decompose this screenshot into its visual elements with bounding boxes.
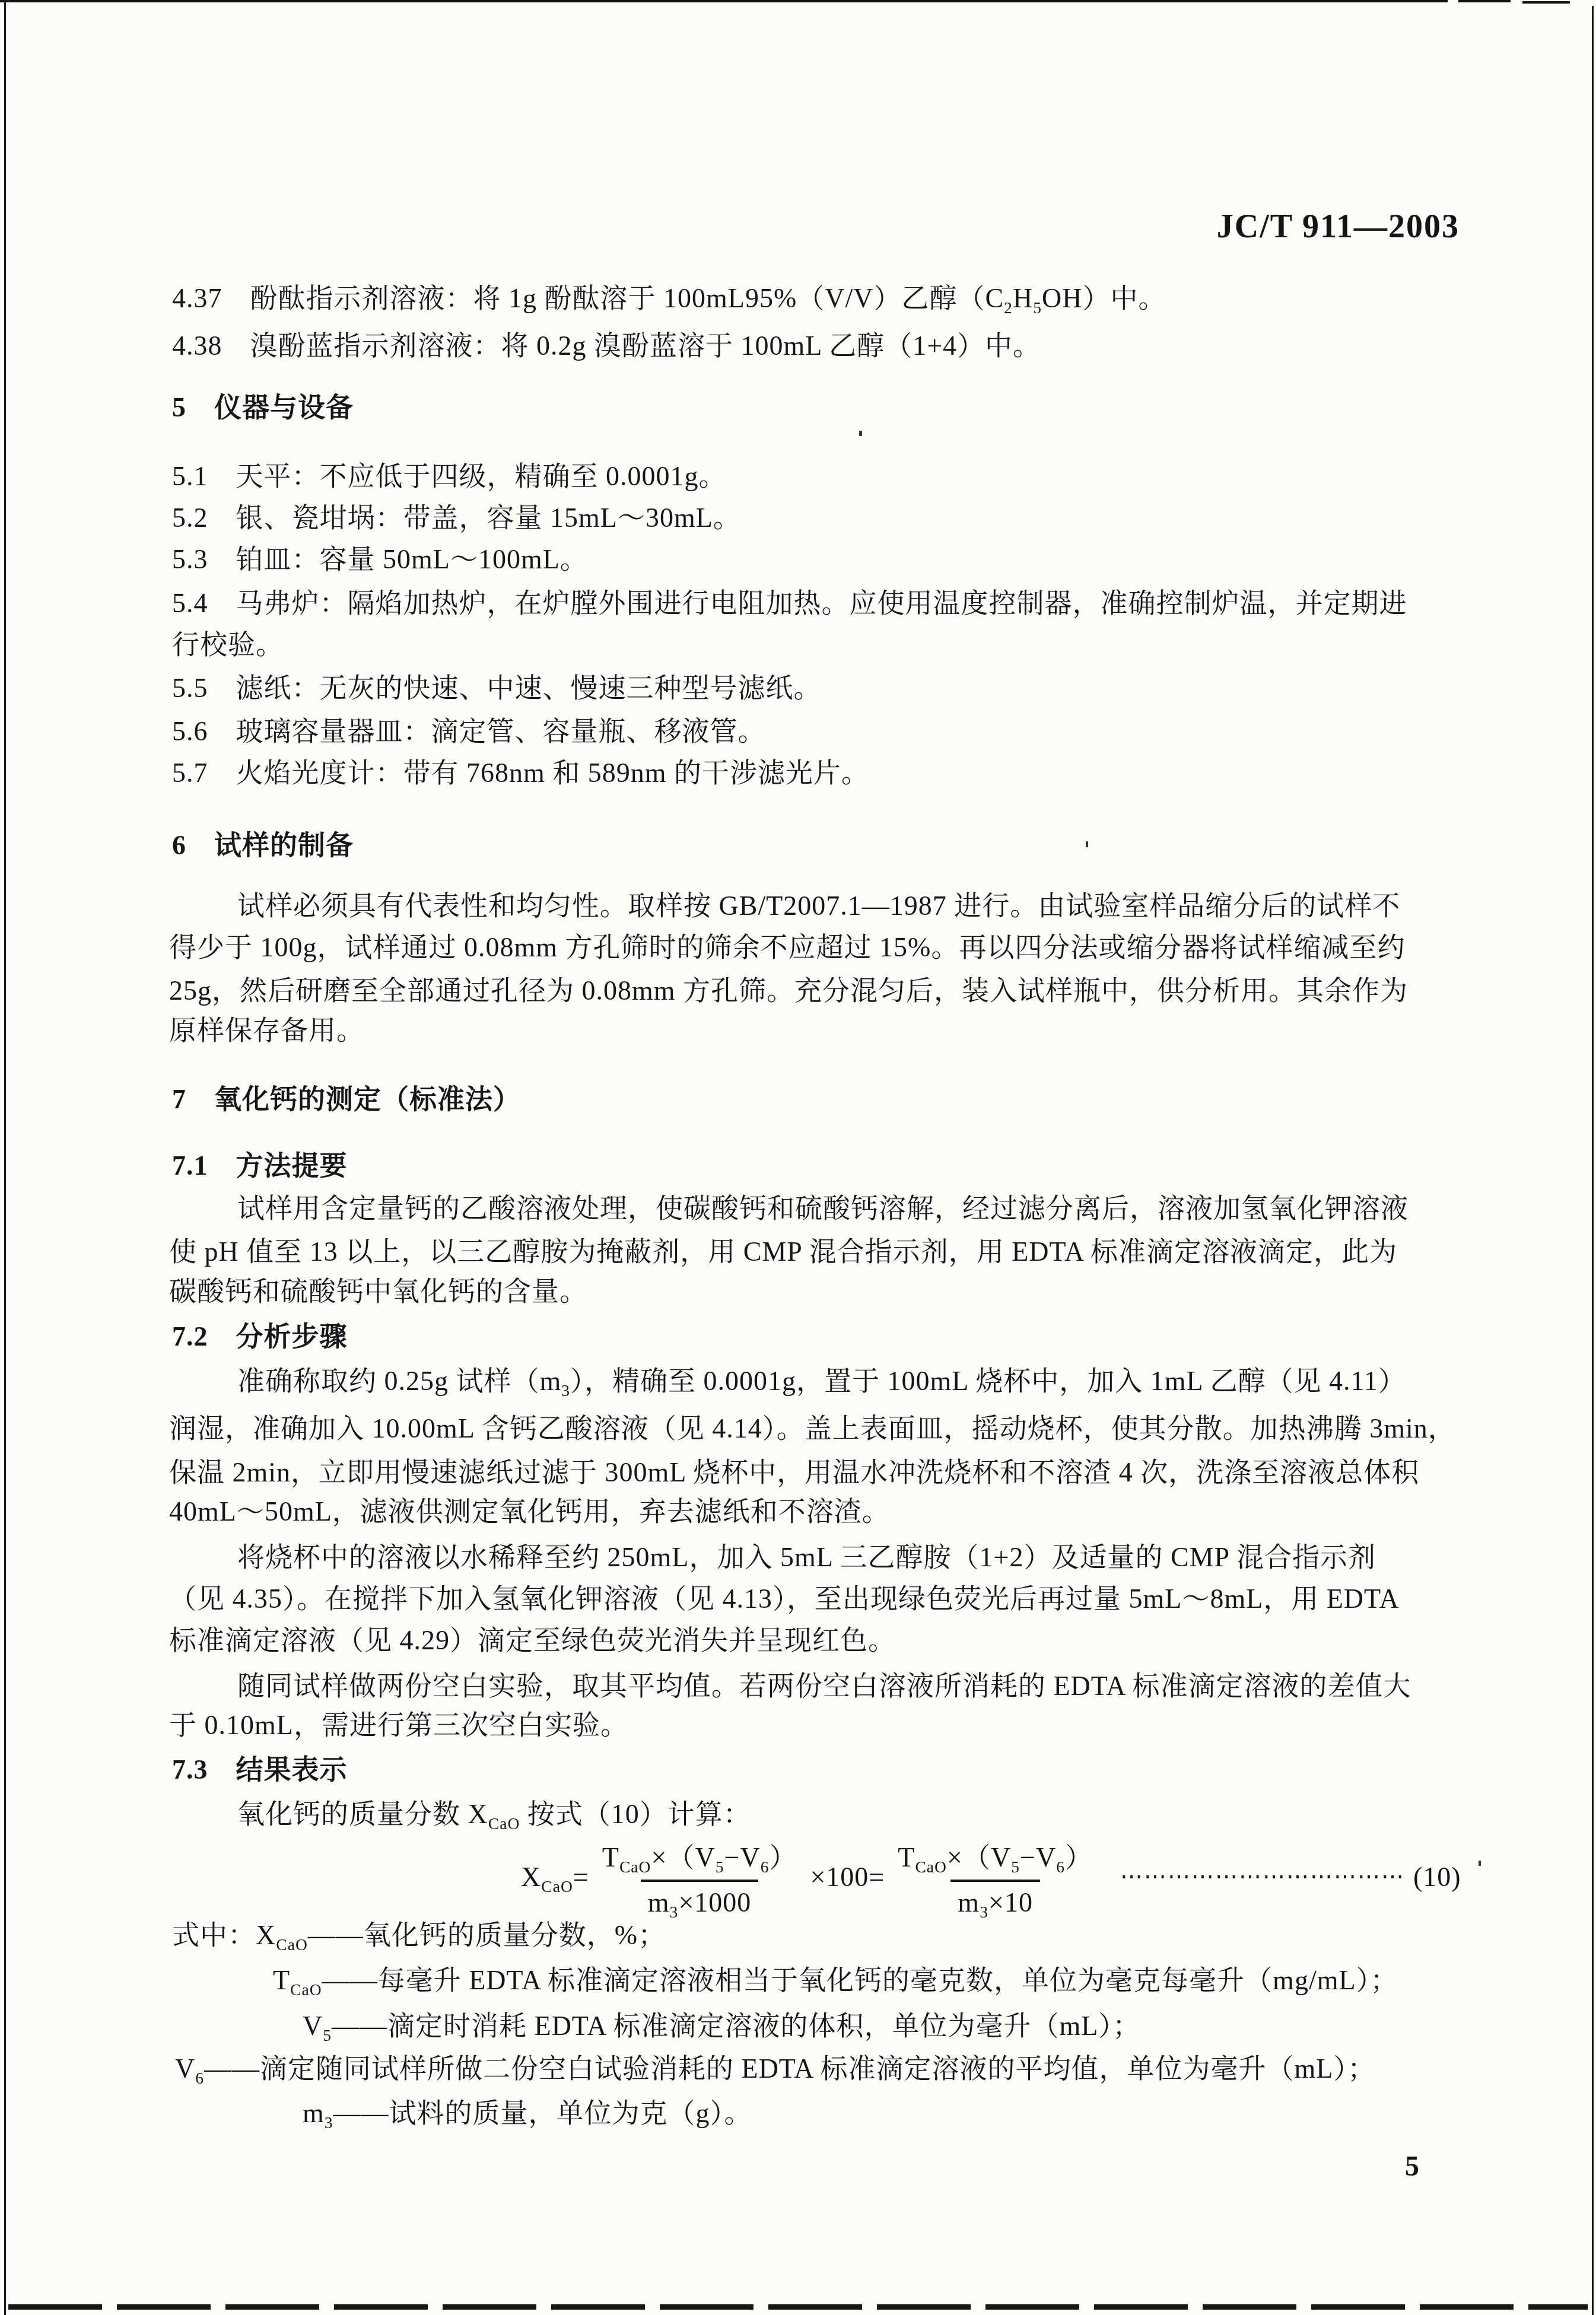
clause-5-7: 5.7 火焰光度计：带有 768nm 和 589nm 的干涉滤光片。 (172, 758, 869, 788)
formula-fraction-1-numerator: TCaO×（V5−V6） (595, 1836, 805, 1880)
formula-middle: ×100= (810, 1861, 885, 1893)
formula-equation-number: (10) (1413, 1861, 1461, 1893)
section-6-paragraph-line-1: 试样必须具有代表性和均匀性。取样按 GB/T2007.1—1987 进行。由试验… (237, 891, 1400, 921)
section-7-2-paragraph-1-line-4: 40mL～50mL，滤液供测定氧化钙用，弃去滤纸和不溶渣。 (169, 1497, 890, 1527)
scan-edge-top-segment (1522, 1, 1570, 4)
section-6-paragraph-line-4: 原样保存备用。 (169, 1016, 364, 1046)
section-7-2-paragraph-1-line-2: 润湿，准确加入 10.00mL 含钙乙酸溶液（见 4.14）。盖上表面皿，摇动烧… (169, 1414, 1456, 1444)
section-7-heading: 7 氧化钙的测定（标准法） (172, 1085, 521, 1115)
clause-5-6: 5.6 玻璃容量器皿：滴定管、容量瓶、移液管。 (172, 717, 766, 747)
clause-5-4-line-1: 5.4 马弗炉：隔焰加热炉，在炉膛外围进行电阻加热。应使用温度控制器，准确控制炉… (172, 589, 1407, 619)
section-7-2-paragraph-1-line-1: 准确称取约 0.25g 试样（m3），精确至 0.0001g，置于 100mL … (237, 1366, 1406, 1397)
section-7-2-heading: 7.2 分析步骤 (172, 1322, 348, 1352)
section-7-1-heading: 7.1 方法提要 (172, 1151, 348, 1181)
section-6-paragraph-line-3: 25g，然后研磨至全部通过孔径为 0.08mm 方孔筛。充分混匀后，装入试样瓶中… (169, 976, 1408, 1006)
section-7-1-paragraph-line-3: 碳酸钙和硫酸钙中氧化钙的含量。 (169, 1277, 587, 1307)
section-7-2-paragraph-2-line-3: 标准滴定溶液（见 4.29）滴定至绿色荧光消失并呈现红色。 (169, 1626, 896, 1656)
section-7-3-intro-line: 氧化钙的质量分数 XCaO 按式（10）计算： (237, 1799, 751, 1830)
section-7-2-paragraph-2-line-2: （见 4.35）。在搅拌下加入氢氧化钾溶液（见 4.13），至出现绿色荧光后再过… (169, 1584, 1400, 1614)
page-number: 5 (1405, 2150, 1419, 2183)
formula-lhs: XCaO= (521, 1861, 589, 1893)
formula-fraction-2-numerator: TCaO×（V5−V6） (891, 1836, 1100, 1880)
scan-speck (1086, 841, 1088, 847)
section-6-paragraph-line-2: 得少于 100g，试样通过 0.08mm 方孔筛时的筛余不应超过 15%。再以四… (169, 933, 1405, 963)
formula-10: XCaO= TCaO×（V5−V6） m3×1000 ×100= TCaO×（V… (521, 1836, 1461, 1918)
section-7-1-paragraph-line-2: 使 pH 值至 13 以上，以三乙醇胺为掩蔽剂，用 CMP 混合指示剂，用 ED… (169, 1237, 1397, 1267)
formula-fraction-2-denominator: m3×10 (950, 1880, 1040, 1918)
document-code-header: JC/T 911—2003 (1217, 208, 1460, 246)
definition-v6: V6——滴定随同试样所做二份空白试验消耗的 EDTA 标准滴定溶液的平均值，单位… (175, 2054, 1375, 2084)
formula-dot-leader: ⋯⋯⋯⋯⋯⋯⋯⋯⋯⋯⋯⋯ (1120, 1864, 1405, 1890)
section-7-2-paragraph-2-line-1: 将烧杯中的溶液以水稀释至约 250mL，加入 5mL 三乙醇胺（1+2）及适量的… (237, 1543, 1376, 1573)
formula-fraction-1: TCaO×（V5−V6） m3×1000 (595, 1836, 805, 1918)
clause-5-3: 5.3 铂皿：容量 50mL～100mL。 (172, 545, 588, 575)
section-7-2-paragraph-3-line-2: 于 0.10mL，需进行第三次空白实验。 (169, 1710, 628, 1741)
scan-speck (1479, 1861, 1481, 1866)
scan-edge-top (0, 0, 1448, 2)
definition-m3: m3——试料的质量，单位为克（g）。 (303, 2098, 752, 2129)
clause-5-5: 5.5 滤纸：无灰的快速、中速、慢速三种型号滤纸。 (172, 673, 822, 704)
scan-edge-right (1592, 6, 1594, 2315)
scan-edge-top-segment (1458, 0, 1511, 2)
formula-fraction-1-denominator: m3×1000 (641, 1880, 759, 1918)
clause-5-4-line-2: 行校验。 (172, 630, 284, 660)
section-7-2-paragraph-3-line-1: 随同试样做两份空白实验，取其平均值。若两份空白溶液所消耗的 EDTA 标准滴定溶… (237, 1671, 1411, 1702)
section-7-1-paragraph-line-1: 试样用含定量钙的乙酸溶液处理，使碳酸钙和硫酸钙溶解，经过滤分离后，溶液加氢氧化钾… (237, 1194, 1409, 1224)
definition-tcao: TCaO——每毫升 EDTA 标准滴定溶液相当于氧化钙的毫克数，单位为毫克每毫升… (273, 1966, 1398, 1996)
clause-5-1: 5.1 天平：不应低于四级，精确至 0.0001g。 (172, 462, 727, 492)
clause-4-38: 4.38 溴酚蓝指示剂溶液：将 0.2g 溴酚蓝溶于 100mL 乙醇（1+4）… (172, 331, 1041, 361)
document-page: JC/T 911—2003 4.37 酚酞指示剂溶液：将 1g 酚酞溶于 100… (0, 0, 1596, 2315)
clause-4-37: 4.37 酚酞指示剂溶液：将 1g 酚酞溶于 100mL95%（V/V）乙醇（C… (172, 284, 1166, 314)
definition-v5: V5——滴定时消耗 EDTA 标准滴定溶液的体积，单位为毫升（mL）； (303, 2011, 1140, 2041)
scan-speck (859, 431, 862, 436)
scan-edge-left (4, 0, 6, 2315)
definition-xcao: 式中：XCaO——氧化钙的质量分数，%； (172, 1920, 666, 1951)
section-7-3-heading: 7.3 结果表示 (172, 1755, 348, 1785)
section-5-heading: 5 仪器与设备 (172, 393, 354, 423)
formula-fraction-2: TCaO×（V5−V6） m3×10 (891, 1836, 1100, 1918)
section-6-heading: 6 试样的制备 (172, 831, 354, 861)
scan-edge-bottom (8, 2304, 1588, 2310)
section-7-2-paragraph-1-line-3: 保温 2min，立即用慢速滤纸过滤于 300mL 烧杯中，用温水冲洗烧杯和不溶渣… (169, 1458, 1419, 1488)
clause-5-2: 5.2 银、瓷坩埚：带盖，容量 15mL～30mL。 (172, 503, 741, 533)
